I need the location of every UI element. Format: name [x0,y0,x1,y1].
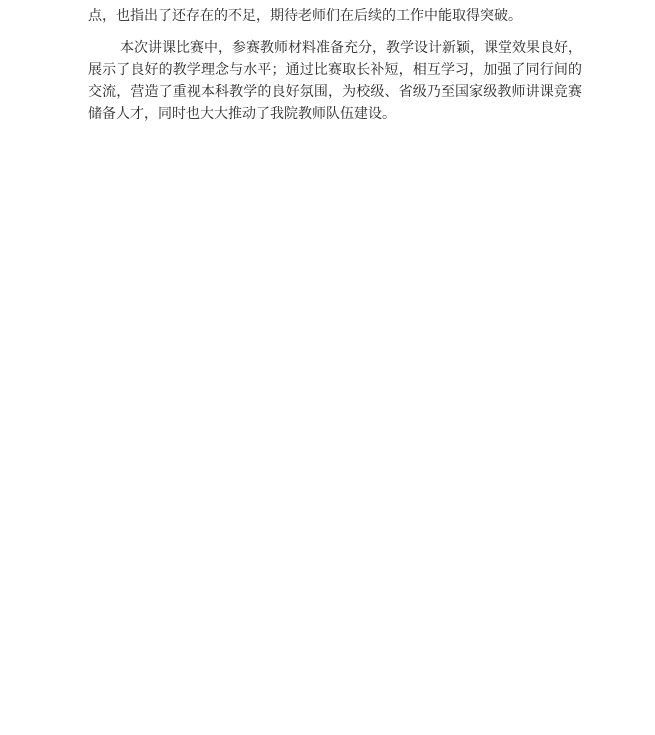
text-line: 交流，营造了重视本科教学的良好氛围，为校级、省级乃至国家级教师讲课竞赛 [88,82,582,104]
text-line: 储备人才，同时也大大推动了我院教师队伍建设。 [88,104,582,126]
document-body: 点，也指出了还存在的不足，期待老师们在后续的工作中能取得突破。本次讲课比赛中，参… [88,6,582,126]
document-page: 点，也指出了还存在的不足，期待老师们在后续的工作中能取得突破。本次讲课比赛中，参… [0,0,655,735]
paragraph: 本次讲课比赛中，参赛教师材料准备充分，教学设计新颖，课堂效果良好，展示了良好的教… [88,38,582,126]
text-line: 点，也指出了还存在的不足，期待老师们在后续的工作中能取得突破。 [88,6,582,28]
text-line: 本次讲课比赛中，参赛教师材料准备充分，教学设计新颖，课堂效果良好， [88,38,582,60]
paragraph: 点，也指出了还存在的不足，期待老师们在后续的工作中能取得突破。 [88,6,582,28]
text-line: 展示了良好的教学理念与水平；通过比赛取长补短，相互学习，加强了同行间的 [88,60,582,82]
